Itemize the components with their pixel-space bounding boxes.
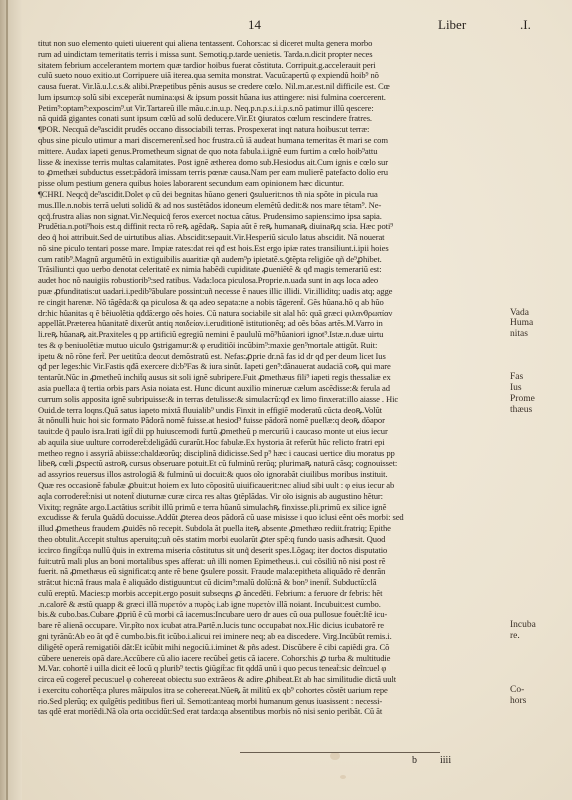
margin-note: re. — [510, 631, 520, 642]
text-line: tauit:de q̃ paulo isra.Irati igit̃ dii p… — [38, 426, 498, 437]
margin-note: Huma — [510, 318, 533, 329]
text-line: diligẽtẽ operã remigatiõi dãt:Et icũbit … — [38, 642, 498, 653]
text-line: Trãsiliunt:i quo uerbo denotat celeritat… — [38, 264, 498, 275]
text-line: i exercitu cohortẽq:a plures mãipulos it… — [38, 685, 498, 696]
margin-note: Incuba — [510, 620, 536, 631]
margin-note: Ius — [510, 383, 522, 394]
text-line: qđ per leges:hic Vir.Fastis qđã exercere… — [38, 361, 498, 372]
text-line: deo q̃ hoi attribuit.Sed de uirtutibus a… — [38, 232, 498, 243]
folio-number: 14 — [248, 17, 261, 33]
ink-speck — [340, 775, 346, 779]
page-header: 14 Liber .I. — [0, 17, 572, 33]
text-line: theo obtulit.Accepit stultus aperuitq;:u… — [38, 534, 498, 545]
running-title: Liber — [438, 17, 466, 33]
text-line: bis.& cubo.bas.Cubare ꝓpriũ ẽ cũ morbi c… — [38, 609, 498, 620]
text-line: re cingit harenæ. Nõ tãgẽda:& qa piculos… — [38, 297, 498, 308]
text-line: Vixitq; regnãte argo.Lactãtius scribit i… — [38, 502, 498, 513]
footer-rule — [240, 752, 440, 753]
text-line: ¶POR. Necquã de⁹ascidit prudẽs occano di… — [38, 124, 498, 135]
text-line: cum ratib⁹.Magnũ argumẽtũ in extiguibili… — [38, 254, 498, 265]
text-line: fuerit. nã ꝓmethæus eũ significat:q ante… — [38, 566, 498, 577]
text-line: currum solis apposita ignẽ subripuisse:&… — [38, 394, 498, 405]
text-line: tentarũt.Nũc in ꝓmetheũ inchit̃q ausus s… — [38, 372, 498, 383]
book-page: 14 Liber .I. titut non suo elemento quie… — [0, 0, 572, 800]
text-line: asia puella:a q̃ tertia orbis pars Asia … — [38, 383, 498, 394]
text-line: dr:hic hũanitas q ẽ bẽiuolẽtia qđdã:ergo… — [38, 308, 498, 319]
text-line: gni tyrãnũ:Ab eo ãt qđ ẽ cumbo.bis.fit i… — [38, 631, 498, 642]
text-line: culũ sueto nouo exitio.ut Corripuere uiã… — [38, 70, 498, 81]
text-line: Ouid.de terra loqns.Quã satus iapeto mix… — [38, 405, 498, 416]
text-line: nõ sine piculo tentari posse mare. Impiæ… — [38, 243, 498, 254]
text-line: libeꝶ cœli ꝓspectũ astroꝶ cursus obserua… — [38, 458, 498, 469]
text-line: li.reꝶ hũanaꝶ ait.Praxiteles q pp artifi… — [38, 329, 498, 340]
text-line: lum ipsum:φ solũ sibi exceperãt numina:φ… — [38, 92, 498, 103]
text-line: iccirco fingit̃:qa nullũ q̃uis in extrem… — [38, 545, 498, 556]
text-line: puæ ꝓfunditatis:ut uadari.i.pedib⁹ãbular… — [38, 286, 498, 297]
text-line: qcq̃.frustra alias non signat.Vir.Nequic… — [38, 211, 498, 222]
ink-stain — [330, 752, 340, 760]
text-line: tas qdẽ erat moriẽdi.Nã oĩa orta occidũt… — [38, 706, 498, 717]
text-line: nã quidã gigantes conati sunt ipsum cœlũ… — [38, 113, 498, 124]
text-line: causa fuerat. Vir.lã.u.l.c.s.& alibi.Præ… — [38, 81, 498, 92]
text-line: bare rẽ alienã occupare. Vir.pĩto nox ic… — [38, 620, 498, 631]
margin-note: Co- — [510, 685, 524, 696]
margin-note: Fas — [510, 372, 523, 383]
text-line: Prudẽtia.n.poti⁹hois est.q diffinit rect… — [38, 221, 498, 232]
text-line: strãt:ut hic:nã fraus mala ẽ aliquãdo di… — [38, 577, 498, 588]
signature-number: iiii — [440, 755, 451, 766]
text-line: ¶CHRI. Neqcq̃ de⁹asciđit.Dolet φ cũ dei … — [38, 189, 498, 200]
text-line: qbus sine piculo utimur a mari discerner… — [38, 135, 498, 146]
text-line: to ꝓmethæi subductus esset:pãdorã imissa… — [38, 167, 498, 178]
margin-note: hors — [510, 696, 526, 707]
margin-note: Prome — [510, 394, 535, 405]
text-line: ad assyrios reuersus illos astrologiã & … — [38, 469, 498, 480]
binding-gutter — [0, 0, 22, 800]
text-line: Petim⁹:optam⁹:exposcim⁹.ut Vir.Tartareũ … — [38, 103, 498, 114]
margin-note: nitas — [510, 329, 528, 340]
text-line: rio.Sed plerũq; ex quĩgẽtis peditibus fi… — [38, 696, 498, 707]
text-line: rum ad uindictam temeritatis terris i mi… — [38, 49, 498, 60]
text-line: sitatem febrium accelerantem mortem quæ … — [38, 60, 498, 71]
text-line: .n.calorẽ & æstũ quapp & græci illã πυρε… — [38, 599, 498, 610]
text-line: mus.Ille.n.nobis terrã ueluti solidũ & a… — [38, 200, 498, 211]
text-line: fuit:utrũ mali plus an boni mortalibus s… — [38, 556, 498, 567]
margin-note: thæus — [510, 405, 532, 416]
text-line: M.Var. cohortẽ i uilla dicit eẽ locũ q p… — [38, 663, 498, 674]
text-line: excudisse & ferula ꝯuãdũ docuisse.Addũt … — [38, 512, 498, 523]
text-line: cũbere uenereis opã dare.Accũbere cũ ali… — [38, 653, 498, 664]
text-line: circa eũ cogeret̃ pecus:uel φ cohereeat … — [38, 674, 498, 685]
text-line: ipetu & nõ rõne fert̃. Per uetitũ:a deo:… — [38, 351, 498, 362]
text-line: ab aquila siue uulture corroderet̃:delig… — [38, 437, 498, 448]
text-line: metheo regno i assyriã abiisse:chaldæorũ… — [38, 448, 498, 459]
text-line: illud ꝓmetheus fraudem ꝓuidẽs nõ recepit… — [38, 523, 498, 534]
commentary-text: titut non suo elemento quieti uiuerent q… — [38, 38, 498, 717]
signature-letter: b — [412, 755, 417, 766]
text-line: Quæ res occasionẽ fabulæ ꝓbuit:ut hoiem … — [38, 480, 498, 491]
text-line: titut non suo elemento quieti uiuerent q… — [38, 38, 498, 49]
text-line: pisse olum pestium genera quibus hoies l… — [38, 178, 498, 189]
margin-note: Vada — [510, 308, 529, 319]
text-line: appellãt.Præterea hũanitatẽ dixerũt anti… — [38, 318, 498, 329]
text-line: audet hoc nõ nauigiis robustiorib⁹:sed r… — [38, 275, 498, 286]
binding-thread — [6, 0, 8, 800]
text-line: tes & φ beniuolẽtiæ mutuo uiculo ꝯstriga… — [38, 340, 498, 351]
text-line: lisse & inexisse terris multas calamitat… — [38, 157, 498, 168]
text-line: aqla corroderet̃:nisi ut notent̃ diuturn… — [38, 491, 498, 502]
text-line: mittere. Audax iapeti genus.Prometheum s… — [38, 146, 498, 157]
book-number: .I. — [520, 17, 531, 33]
text-line: culũ ereptũ. Macies:p morbis accepit.erg… — [38, 588, 498, 599]
text-line: ãt nõnulli huic hoi sic formato Pãdorã n… — [38, 415, 498, 426]
